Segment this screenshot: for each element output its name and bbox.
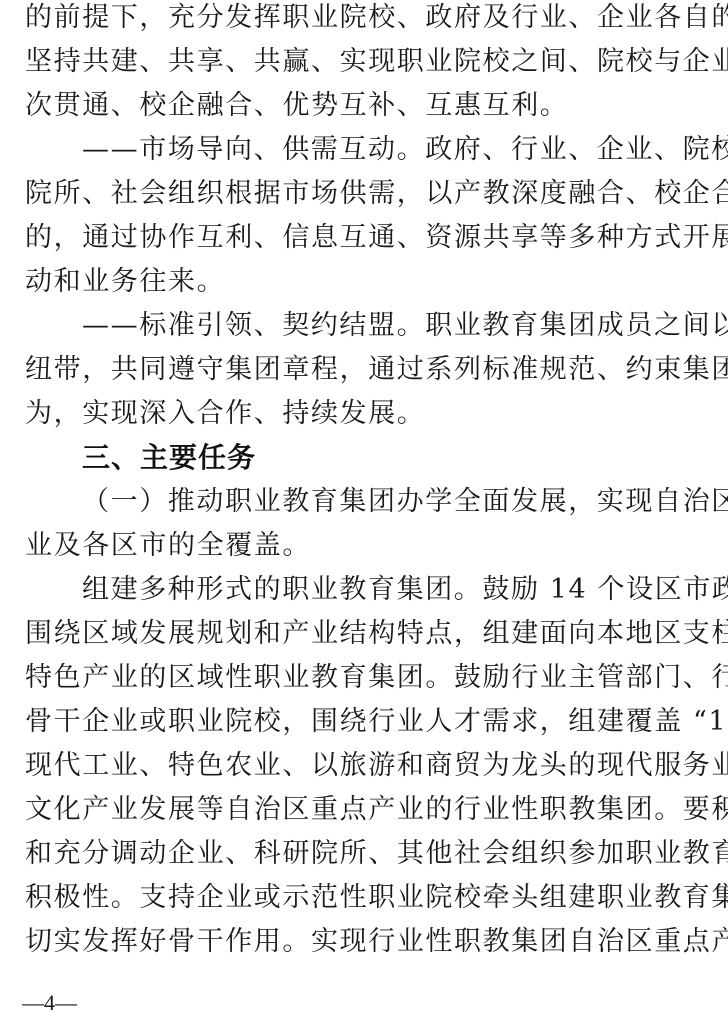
body-line-5: 院所、社会组织根据市场供需，以产教深度融合、校企合作为目 [25, 172, 711, 216]
body-line-14: 围绕区域发展规划和产业结构特点，组建面向本地区支柱产业、 [25, 612, 711, 656]
body-line-2: 坚持共建、共享、共赢、实现职业院校之间、院校与企业之间层 [25, 40, 711, 84]
body-line-17: 现代工业、特色农业、以旅游和商贸为龙头的现代服务业、民族 [25, 744, 711, 788]
document-page: 的前提下，充分发挥职业院校、政府及行业、企业各自的优势， 坚持共建、共享、共赢、… [25, 0, 711, 964]
body-line-15: 特色产业的区域性职业教育集团。鼓励行业主管部门、行业组织、 [25, 656, 711, 700]
page-number: —4— [22, 990, 77, 1016]
body-line-3: 次贯通、校企融合、优势互补、互惠互利。 [25, 84, 711, 128]
body-line-19: 和充分调动企业、科研院所、其他社会组织参加职业教育集团的 [25, 832, 711, 876]
section-heading: 三、主要任务 [25, 436, 711, 480]
body-line-1: 的前提下，充分发挥职业院校、政府及行业、企业各自的优势， [25, 0, 711, 40]
subsection-heading-1: （一）推动职业教育集团办学全面发展，实现自治区重点产 [25, 480, 711, 524]
principle-market-oriented: ——市场导向、供需互动。政府、行业、企业、院校、科研 [25, 128, 711, 172]
body-line-10: 为，实现深入合作、持续发展。 [25, 392, 711, 436]
body-line-6: 的，通过协作互利、信息互通、资源共享等多种方式开展教育活 [25, 216, 711, 260]
body-line-16: 骨干企业或职业院校，围绕行业人才需求，组建覆盖 “14+10” [25, 700, 711, 744]
body-line-13: 组建多种形式的职业教育集团。鼓励 14 个设区市政府发起， [25, 568, 711, 612]
principle-standard-led: ——标准引领、契约结盟。职业教育集团成员之间以契约为 [25, 304, 711, 348]
body-line-9: 纽带，共同遵守集团章程，通过系列标准规范、约束集团成员行 [25, 348, 711, 392]
body-line-18: 文化产业发展等自治区重点产业的行业性职教集团。要积极吸收 [25, 788, 711, 832]
body-line-20: 积极性。支持企业或示范性职业院校牵头组建职业教育集团，并 [25, 876, 711, 920]
subsection-heading-1-cont: 业及各区市的全覆盖。 [25, 524, 711, 568]
body-line-7: 动和业务往来。 [25, 260, 711, 304]
body-line-21: 切实发挥好骨干作用。实现行业性职教集团自治区重点产业全覆 [25, 920, 711, 964]
